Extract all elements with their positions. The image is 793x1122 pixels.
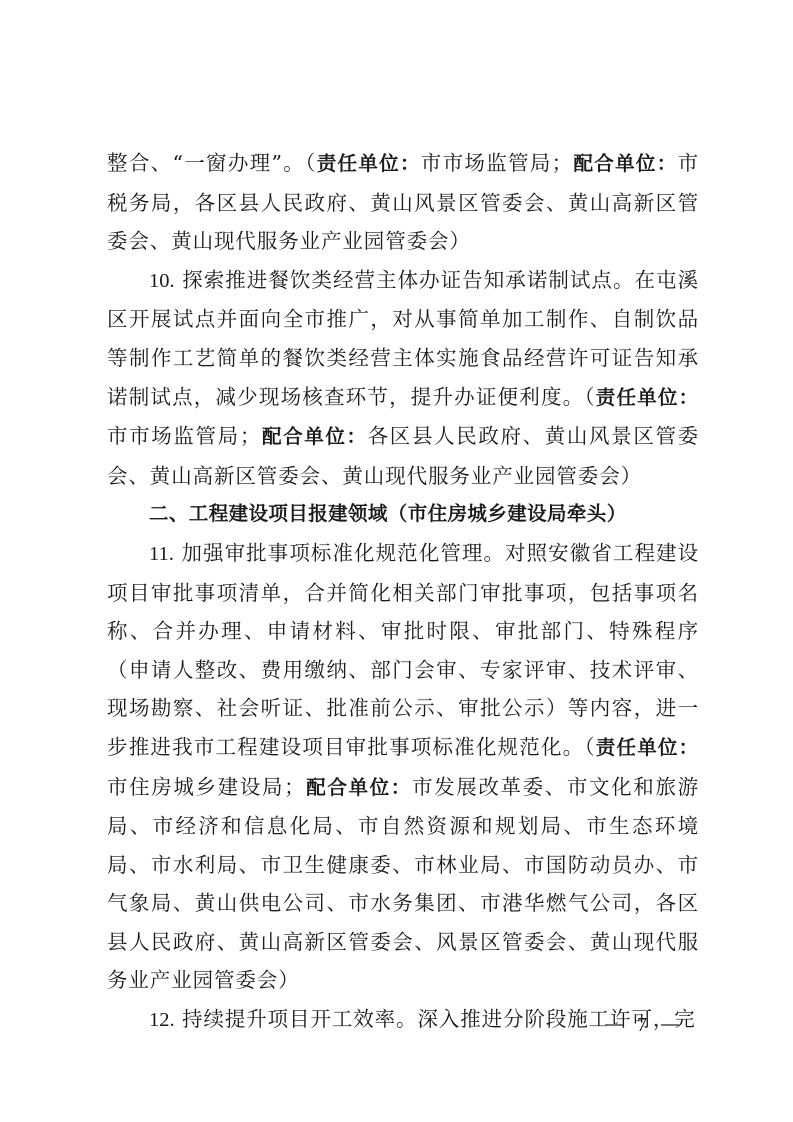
dash-left <box>605 1024 623 1026</box>
responsible-unit-label: 责任单位： <box>317 152 421 175</box>
text-run: 对照安徽省工程建设项目审批事项清单，合并简化相关部门审批事项，包括事项名称、合并… <box>107 541 699 759</box>
item-lead-title: 持续提升项目开工效率。 <box>182 1007 417 1031</box>
cooperating-unit-label: 配合单位： <box>261 425 367 448</box>
page-footer: 7 <box>592 1010 692 1040</box>
document-page: 整合、“一窗办理”。（责任单位：市市场监管局；配合单位：市税务局，各区县人民政府… <box>0 0 793 1122</box>
dash-right <box>661 1024 679 1026</box>
section-heading: 二、工程建设项目报建领域（市住房城乡建设局牵头） <box>107 495 699 534</box>
item-number: 12. <box>149 1009 175 1031</box>
responsible-unit-value: 市住房城乡建设局； <box>107 775 306 799</box>
page-number: 7 <box>637 1014 647 1037</box>
item-lead-title: 加强审批事项标准化规范化管理。 <box>181 541 505 565</box>
cooperating-unit-label: 配合单位： <box>573 152 678 175</box>
document-body: 整合、“一窗办理”。（责任单位：市市场监管局；配合单位：市税务局，各区县人民政府… <box>107 144 699 1040</box>
responsible-unit-label: 责任单位： <box>596 386 699 409</box>
text-run: 整合、“一窗办理”。（ <box>107 151 317 175</box>
paragraph-continued: 整合、“一窗办理”。（责任单位：市市场监管局；配合单位：市税务局，各区县人民政府… <box>107 144 699 261</box>
item-number: 10. <box>149 270 175 292</box>
paragraph-item-10: 10. 探索推进餐饮类经营主体办证告知承诺制试点。在屯溪区开展试点并面向全市推广… <box>107 261 699 496</box>
responsible-unit-value: 市市场监管局； <box>107 424 261 448</box>
cooperating-unit-label: 配合单位： <box>306 776 412 799</box>
item-lead-title: 探索推进餐饮类经营主体办证告知承诺制试点。 <box>182 268 634 292</box>
item-number: 11. <box>149 543 174 565</box>
responsible-unit-value: 市市场监管局； <box>421 151 573 175</box>
responsible-unit-label: 责任单位： <box>596 736 699 759</box>
cooperating-unit-value: 市发展改革委、市文化和旅游局、市经济和信息化局、市自然资源和规划局、市生态环境局… <box>107 775 699 993</box>
paragraph-item-11: 11. 加强审批事项标准化规范化管理。对照安徽省工程建设项目审批事项清单，合并简… <box>107 534 699 1000</box>
